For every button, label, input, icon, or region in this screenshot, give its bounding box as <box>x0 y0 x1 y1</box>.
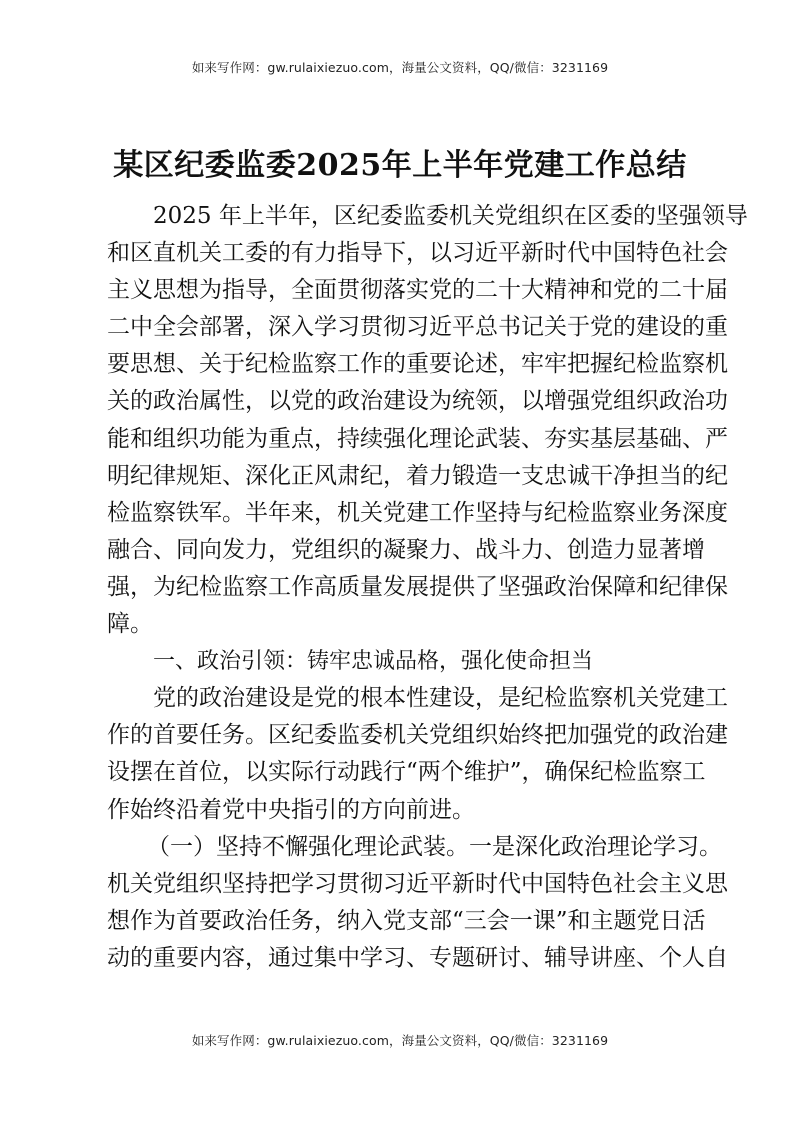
text-line: 和区直机关工委的有力指导下，以习近平新时代中国特色社会 <box>107 235 697 272</box>
text-line: 能和组织功能为重点，持续强化理论武装、夯实基层基础、严 <box>107 421 697 458</box>
text-line: 设摆在首位，以实际行动践行“两个维护”，确保纪检监察工 <box>107 754 697 791</box>
text-line: 关的政治属性，以党的政治建设为统领，以增强党组织政治功 <box>107 383 697 420</box>
text-line: 作始终沿着党中央指引的方向前进。 <box>107 792 697 829</box>
text-line: 强，为纪检监察工作高质量发展提供了坚强政治保障和纪律保 <box>107 569 697 606</box>
text-line: 机关党组织坚持把学习贯彻习近平新时代中国特色社会主义思 <box>107 866 697 903</box>
text-line: 主义思想为指导，全面贯彻落实党的二十大精神和党的二十届 <box>107 272 697 309</box>
text-line: 要思想、关于纪检监察工作的重要论述，牢牢把握纪检监察机 <box>107 346 697 383</box>
document-title: 某区纪委监委2025年上半年党建工作总结 <box>0 140 800 184</box>
header-watermark: 如来写作网：gw.rulaixiezuo.com，海量公文资料，QQ/微信：32… <box>0 58 800 76</box>
text-line: （一）坚持不懈强化理论武装。一是深化政治理论学习。 <box>107 829 697 866</box>
text-line: 党的政治建设是党的根本性建设，是纪检监察机关党建工 <box>107 680 697 717</box>
text-line: 检监察铁军。半年来，机关党建工作坚持与纪检监察业务深度 <box>107 495 697 532</box>
text-line: 融合、同向发力，党组织的凝聚力、战斗力、创造力显著增 <box>107 532 697 569</box>
paragraph-theory-study: （一）坚持不懈强化理论武装。一是深化政治理论学习。 机关党组织坚持把学习贯彻习近… <box>107 829 697 977</box>
footer-watermark: 如来写作网：gw.rulaixiezuo.com，海量公文资料，QQ/微信：32… <box>0 1031 800 1049</box>
paragraph-intro: 2025 年上半年，区纪委监委机关党组织在区委的坚强领导 和区直机关工委的有力指… <box>107 198 697 643</box>
text-line: 作的首要任务。区纪委监委机关党组织始终把加强党的政治建 <box>107 717 697 754</box>
text-line: 2025 年上半年，区纪委监委机关党组织在区委的坚强领导 <box>107 198 697 235</box>
text-line: 二中全会部署，深入学习贯彻习近平总书记关于党的建设的重 <box>107 309 697 346</box>
text-line: 障。 <box>107 606 697 643</box>
text-line: 想作为首要政治任务，纳入党支部“三会一课”和主题党日活 <box>107 903 697 940</box>
text-line: 动的重要内容，通过集中学习、专题研讨、辅导讲座、个人自 <box>107 940 697 977</box>
text-line: 明纪律规矩、深化正风肃纪，着力锻造一支忠诚干净担当的纪 <box>107 458 697 495</box>
paragraph-political-building: 党的政治建设是党的根本性建设，是纪检监察机关党建工 作的首要任务。区纪委监委机关… <box>107 680 697 828</box>
section-heading: 一、政治引领：铸牢忠诚品格，强化使命担当 <box>107 643 697 680</box>
section-heading-text: 一、政治引领：铸牢忠诚品格，强化使命担当 <box>107 643 697 680</box>
document-body: 2025 年上半年，区纪委监委机关党组织在区委的坚强领导 和区直机关工委的有力指… <box>107 198 697 977</box>
